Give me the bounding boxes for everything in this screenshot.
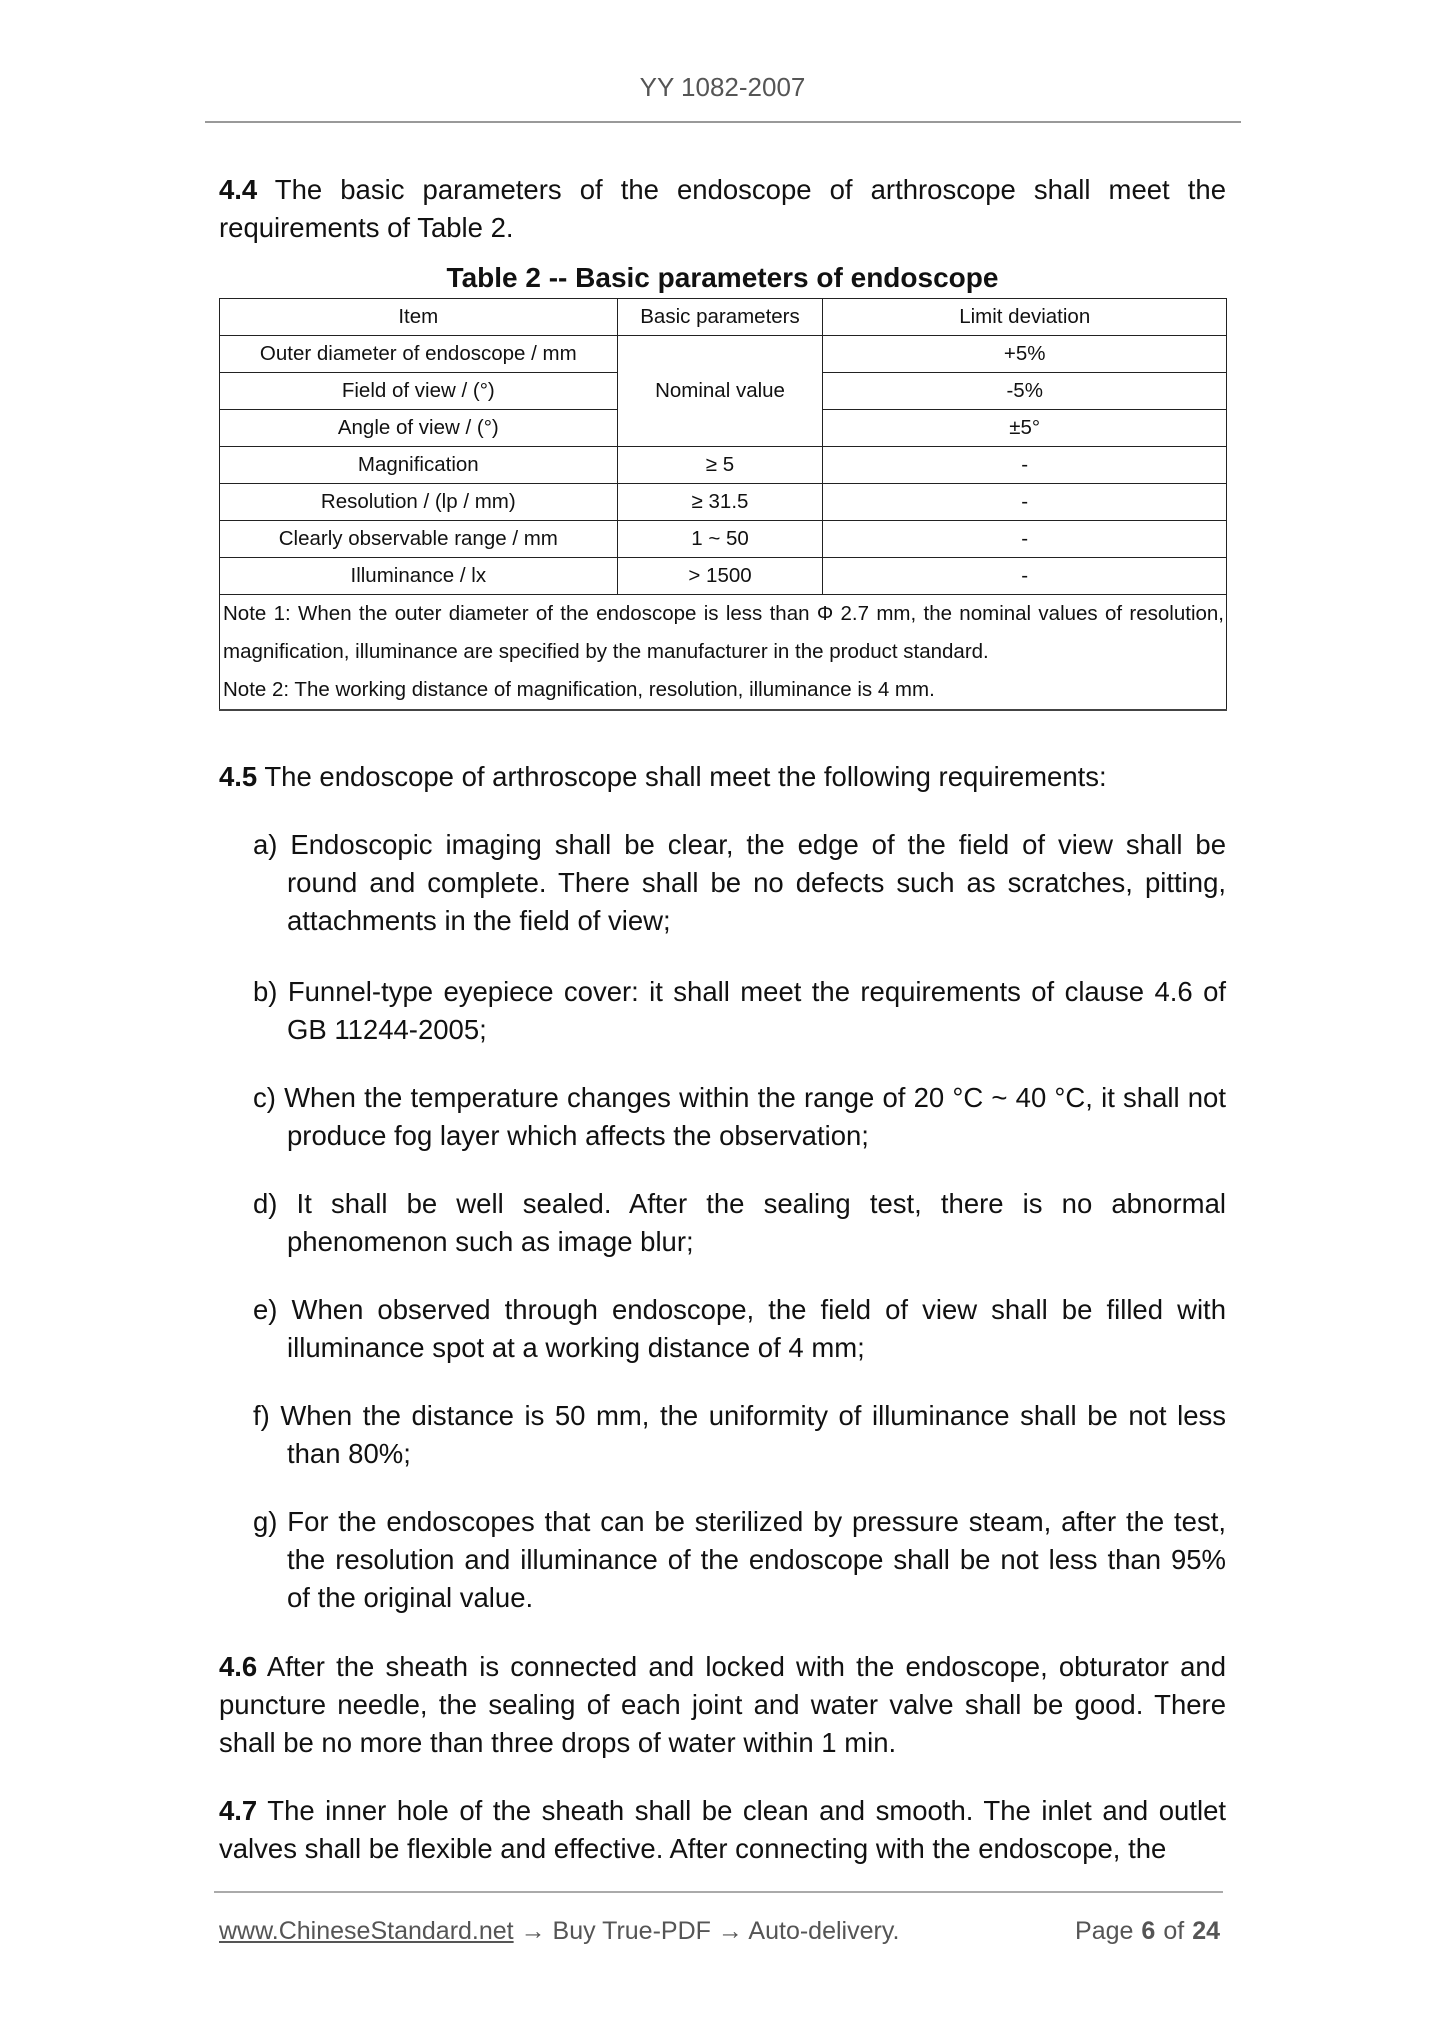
page-number: Page6of24	[1075, 1917, 1220, 1946]
table-row: Outer diameter of endoscope / mm Nominal…	[220, 336, 1227, 373]
page-of: of	[1163, 1917, 1184, 1945]
section-number: 4.6	[219, 1651, 257, 1682]
cell-item: Illuminance / lx	[220, 558, 618, 595]
cell-item: Clearly observable range / mm	[220, 521, 618, 558]
footer-divider	[214, 1891, 1223, 1893]
cell-item: Outer diameter of endoscope / mm	[220, 336, 618, 373]
section-4-5: 4.5 The endoscope of arthroscope shall m…	[219, 758, 1226, 796]
page-total: 24	[1192, 1917, 1220, 1945]
list-item-g: g) For the endoscopes that can be steril…	[253, 1503, 1226, 1617]
section-number: 4.7	[219, 1795, 257, 1826]
table-note-1: Note 1: When the outer diameter of the e…	[220, 595, 1227, 672]
list-item-d: d) It shall be well sealed. After the se…	[253, 1185, 1226, 1261]
header-divider	[205, 121, 1241, 123]
page-footer: www.ChineseStandard.net → Buy True-PDF →…	[219, 1917, 1226, 1946]
buy-true-pdf-text: Buy True-PDF	[553, 1917, 711, 1945]
section-text: The basic parameters of the endoscope of…	[219, 174, 1226, 243]
section-text: The inner hole of the sheath shall be cl…	[219, 1795, 1226, 1864]
arrow-right-icon: →	[514, 1917, 553, 1945]
section-number: 4.4	[219, 174, 257, 205]
cell-limit: -	[823, 447, 1227, 484]
cell-limit: -	[823, 521, 1227, 558]
table-header-row: Item Basic parameters Limit deviation	[220, 299, 1227, 336]
cell-item: Angle of view / (°)	[220, 410, 618, 447]
list-item-f: f) When the distance is 50 mm, the unifo…	[253, 1397, 1226, 1473]
arrow-right-icon: →	[711, 1917, 749, 1945]
table-row: Illuminance / lx > 1500 -	[220, 558, 1227, 595]
table-row: Magnification ≥ 5 -	[220, 447, 1227, 484]
list-item-a: a) Endoscopic imaging shall be clear, th…	[253, 826, 1226, 940]
section-number: 4.5	[219, 761, 257, 792]
cell-item: Magnification	[220, 447, 618, 484]
cell-item: Field of view / (°)	[220, 373, 618, 410]
section-4-4: 4.4 The basic parameters of the endoscop…	[219, 171, 1226, 247]
column-header: Item	[220, 299, 618, 336]
basic-parameters-table: Item Basic parameters Limit deviation Ou…	[219, 298, 1227, 711]
cell-limit: -	[823, 558, 1227, 595]
section-4-6: 4.6 After the sheath is connected and lo…	[219, 1648, 1226, 1762]
cell-basic-merged: Nominal value	[617, 336, 823, 447]
table-caption: Table 2 -- Basic parameters of endoscope	[219, 262, 1226, 294]
document-id-header: YY 1082-2007	[0, 72, 1445, 103]
page-current: 6	[1141, 1917, 1155, 1945]
auto-delivery-text: Auto-delivery.	[748, 1917, 899, 1945]
table-note-row: Note 1: When the outer diameter of the e…	[220, 595, 1227, 672]
list-item-c: c) When the temperature changes within t…	[253, 1079, 1226, 1155]
cell-basic: ≥ 31.5	[617, 484, 823, 521]
cell-item: Resolution / (lp / mm)	[220, 484, 618, 521]
section-text: After the sheath is connected and locked…	[219, 1651, 1226, 1758]
cell-basic: > 1500	[617, 558, 823, 595]
cell-basic: ≥ 5	[617, 447, 823, 484]
website-link[interactable]: www.ChineseStandard.net	[219, 1917, 514, 1945]
cell-limit: ±5°	[823, 410, 1227, 447]
table-note-2: Note 2: The working distance of magnific…	[220, 671, 1227, 710]
column-header: Basic parameters	[617, 299, 823, 336]
page-label: Page	[1075, 1917, 1133, 1945]
table-row: Resolution / (lp / mm) ≥ 31.5 -	[220, 484, 1227, 521]
section-text: The endoscope of arthroscope shall meet …	[257, 761, 1106, 792]
list-item-e: e) When observed through endoscope, the …	[253, 1291, 1226, 1367]
section-4-7: 4.7 The inner hole of the sheath shall b…	[219, 1792, 1226, 1868]
cell-basic: 1 ~ 50	[617, 521, 823, 558]
table-row: Clearly observable range / mm 1 ~ 50 -	[220, 521, 1227, 558]
cell-limit: -	[823, 484, 1227, 521]
cell-limit: +5%	[823, 336, 1227, 373]
list-item-b: b) Funnel-type eyepiece cover: it shall …	[253, 973, 1226, 1049]
table-note-row: Note 2: The working distance of magnific…	[220, 671, 1227, 710]
cell-limit: -5%	[823, 373, 1227, 410]
column-header: Limit deviation	[823, 299, 1227, 336]
